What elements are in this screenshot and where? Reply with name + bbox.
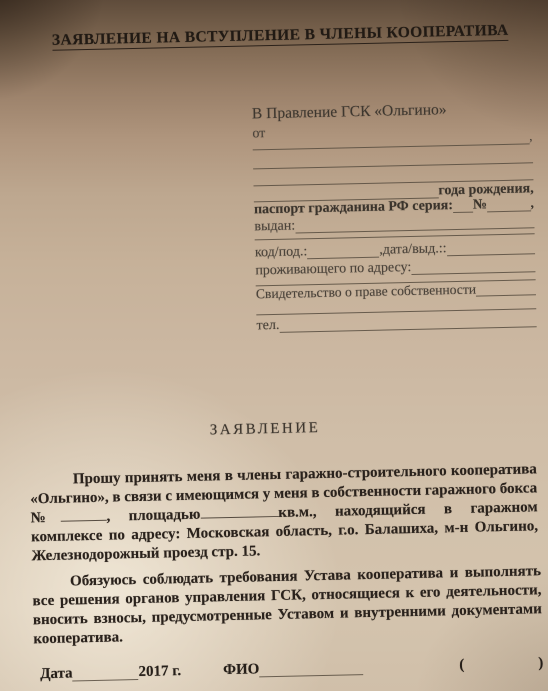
paper-sheet: ЗАЯВЛЕНИЕ НА ВСТУПЛЕНИЕ В ЧЛЕНЫ КООПЕРАТ… (0, 0, 548, 691)
document-title: ЗАЯВЛЕНИЕ НА ВСТУПЛЕНИЕ В ЧЛЕНЫ КООПЕРАТ… (43, 22, 517, 50)
signature-paren-close: ) (538, 656, 543, 671)
area-blank (200, 514, 278, 519)
name-blank (260, 674, 364, 677)
signature-decode-blank (465, 671, 539, 673)
document-title-text: ЗАЯВЛЕНИЕ НА ВСТУПЛЕНИЕ В ЧЛЕНЫ КООПЕРАТ… (52, 22, 509, 51)
paragraph-request-text-2: , площадью (106, 507, 200, 525)
passport-number-sign: № (473, 198, 487, 212)
recipient-line: В Правление ГСК «Ольгино» (252, 99, 532, 121)
passport-comma: , (530, 197, 534, 211)
phone-label: тел. (256, 319, 279, 333)
footer-spacer-1 (181, 678, 223, 679)
trailing-comma: , (529, 130, 533, 144)
year-label: 2017 г. (138, 664, 181, 680)
signature-paren-open: ( (459, 658, 464, 673)
phone-row: тел. (256, 312, 536, 333)
issue-date-label: ,дата/выд.:: (379, 242, 447, 257)
code-label: код/под.: (255, 245, 308, 260)
recipient-label: В Правление ГСК «Ольгино» (252, 102, 447, 122)
statement-heading: ЗАЯВЛЕНИЕ (210, 420, 321, 439)
code-blank (307, 257, 379, 260)
scanned-document-photo: ЗАЯВЛЕНИЕ НА ВСТУПЛЕНИЕ В ЧЛЕНЫ КООПЕРАТ… (0, 0, 548, 691)
box-number-blank (61, 518, 107, 522)
name-label: ФИО (223, 662, 260, 678)
footer-spacer-2 (364, 673, 460, 675)
date-label: Дата (40, 666, 73, 682)
date-blank (73, 679, 139, 681)
paragraph-request: Прошу принять меня в члены гаражно-строи… (30, 460, 539, 566)
addressee-form-block: В Правление ГСК «Ольгино» от , года рожд… (252, 99, 537, 343)
signature-row: Дата 2017 г. ФИО ( ) (40, 656, 547, 682)
paragraph-obligation: Обязуюсь соблюдать требования Устава коо… (32, 562, 543, 649)
phone-blank (280, 326, 537, 333)
